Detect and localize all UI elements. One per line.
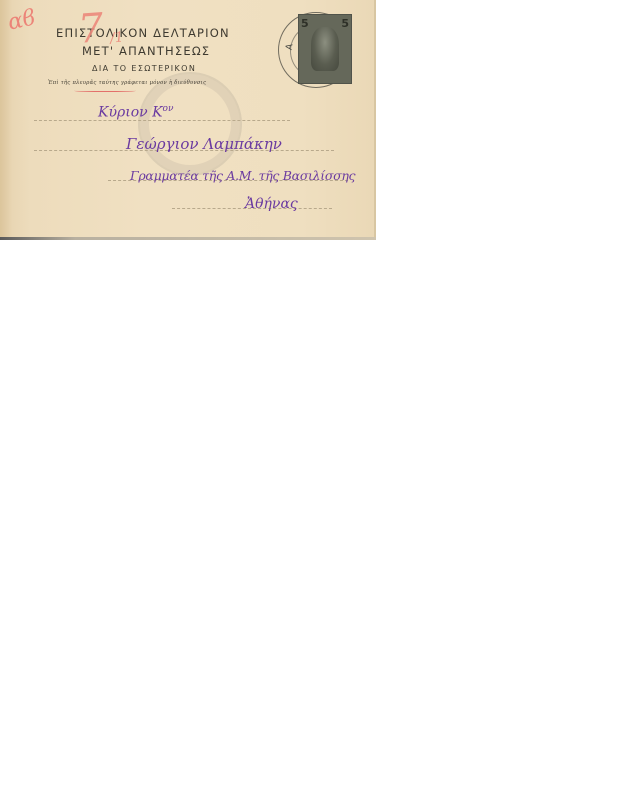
address-instruction: Ἐπὶ τῆς πλευρᾶς ταύτης γράφεται μόνον ἡ … (48, 80, 206, 86)
paper-fold-shadow (0, 0, 12, 240)
recipient-title: Γραμματέα τῆς Α.Μ. τῆς Βασιλίσσης (130, 168, 355, 183)
recipient-city: Ἀθήνας (245, 196, 298, 212)
recipient-name: Γεώργιον Λαμπάκην (126, 135, 282, 153)
postcard: ΕΠΙΣΤΟΛΙΚΟΝ ΔΕΛΤΑΡΙΟΝ ΜΕΤ' ΑΠΑΝΤΗΣΕΩΣ ΔΙ… (0, 0, 376, 240)
stamp-value-right: 5 (341, 17, 349, 30)
red-pencil-number: 7 (76, 5, 105, 53)
postage-stamp: 5 5 (298, 14, 352, 84)
faded-seal-stamp (138, 72, 242, 176)
card-scope: ΔΙΑ ΤΟ ΕΣΩΤΕΡΙΚΟΝ (92, 64, 196, 73)
salutation-superscript: ον (163, 104, 174, 114)
salutation-text: Κύριον Κ (98, 105, 163, 121)
red-pencil-note: αϐ (6, 5, 38, 35)
card-bottom-edge (0, 237, 376, 240)
red-underline-mark (74, 89, 136, 92)
red-pencil-fraction: /1 (109, 29, 124, 46)
card-edge (374, 0, 376, 240)
stamp-value-left: 5 (301, 17, 309, 30)
stamp-figure-icon (311, 27, 339, 71)
address-salutation: Κύριον Κον (98, 104, 173, 121)
